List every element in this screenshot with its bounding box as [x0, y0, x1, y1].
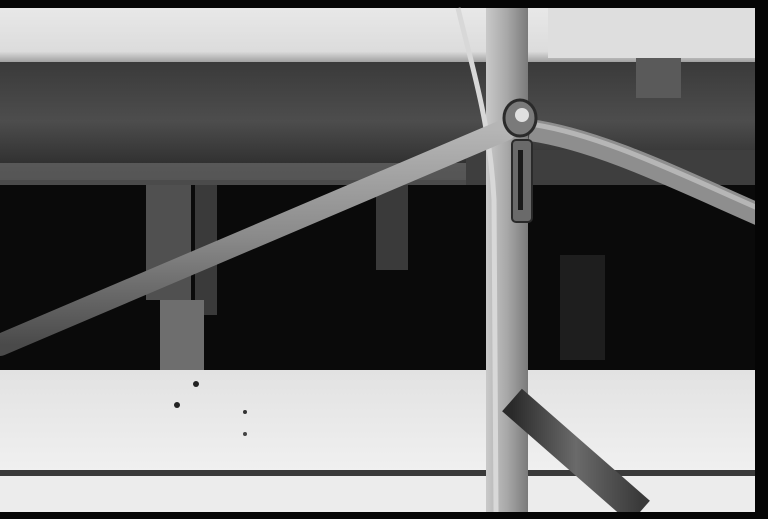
small-block	[636, 58, 681, 98]
nail-hole	[174, 402, 180, 408]
nail-hole	[243, 432, 247, 436]
joist-mid	[376, 185, 408, 270]
plank-seam	[0, 470, 757, 476]
nail-hole	[243, 410, 247, 414]
photograph: Black and white photo of wooden planks a…	[0, 0, 768, 519]
nail-hole	[193, 381, 199, 387]
joist-left-c	[160, 300, 204, 370]
joist-right	[560, 255, 605, 360]
bottom-plank	[0, 370, 757, 472]
top-plank-right	[548, 8, 755, 58]
photo-scene	[0, 0, 768, 519]
